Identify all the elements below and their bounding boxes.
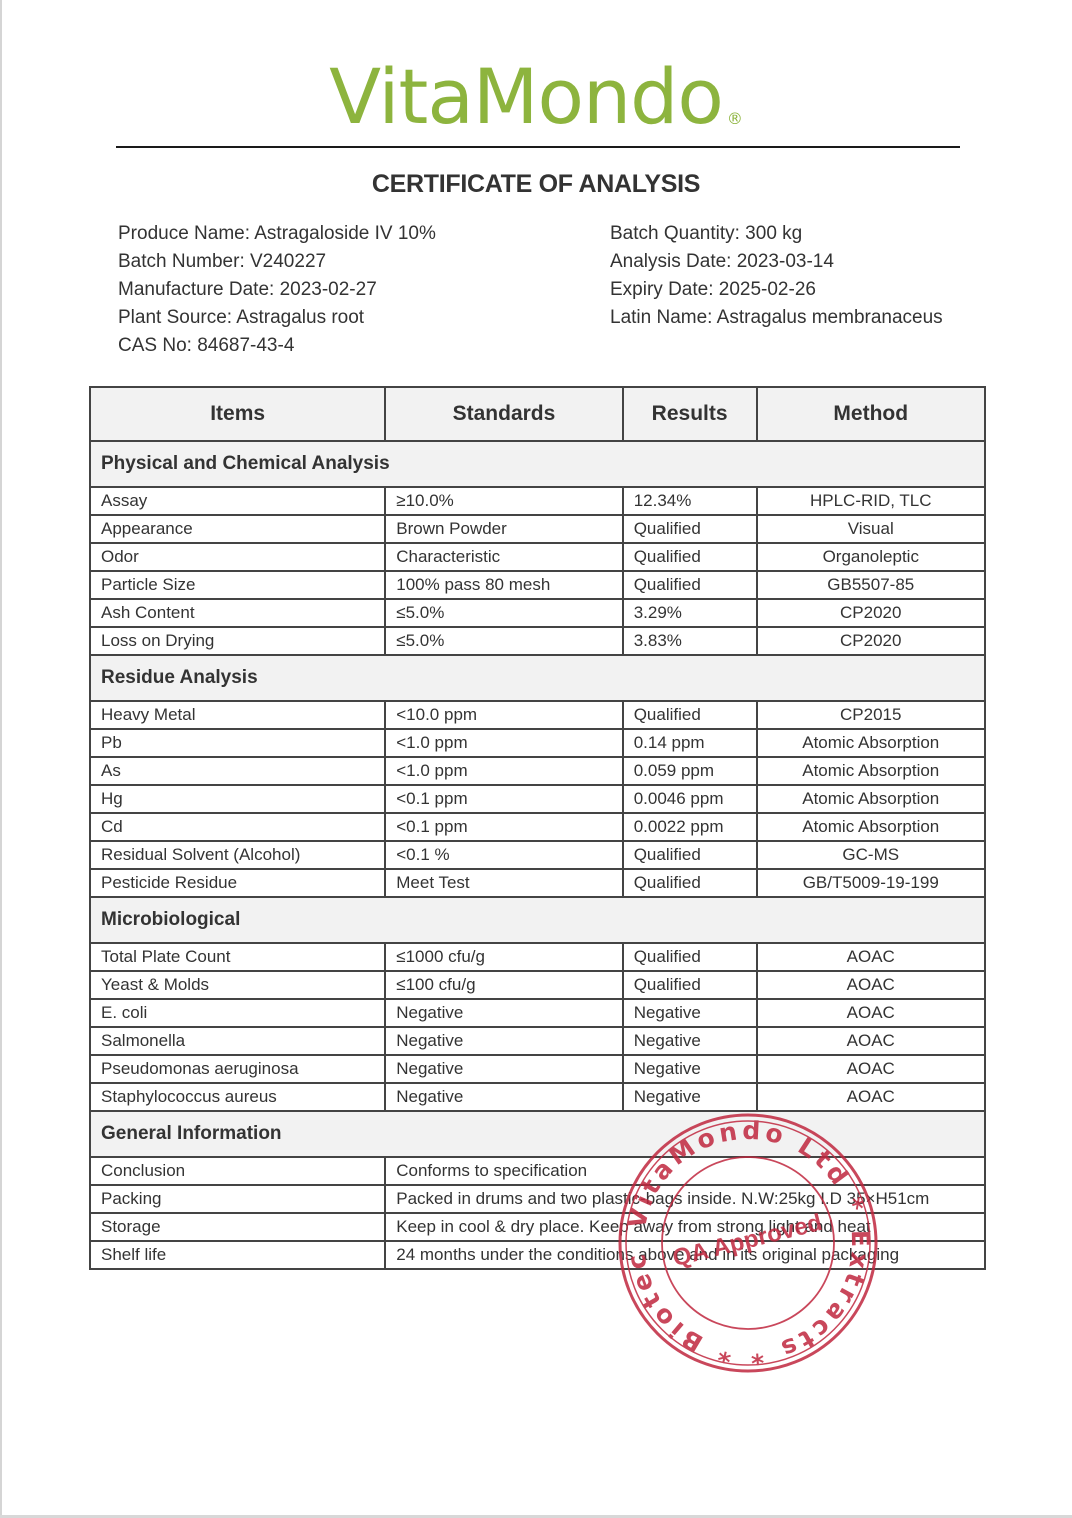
info-value-cell: Keep in cool & dry place. Keep away from… (385, 1213, 985, 1241)
item-cell: Ash Content (90, 599, 385, 627)
result-cell: 0.14 ppm (623, 729, 757, 757)
info-value-cell: 24 months under the conditions above and… (385, 1241, 985, 1269)
method-cell: GB5507-85 (757, 571, 985, 599)
table-row: Residual Solvent (Alcohol)<0.1 %Qualifie… (90, 841, 985, 869)
method-cell: AOAC (757, 1027, 985, 1055)
item-cell: Total Plate Count (90, 943, 385, 971)
item-cell: Staphylococcus aureus (90, 1083, 385, 1111)
table-row: StorageKeep in cool & dry place. Keep aw… (90, 1213, 985, 1241)
result-cell: 0.0022 ppm (623, 813, 757, 841)
result-cell: Negative (623, 1027, 757, 1055)
header-divider (116, 146, 960, 148)
item-cell: Loss on Drying (90, 627, 385, 655)
brand-name: VitaMondo (329, 52, 723, 141)
result-cell: 0.059 ppm (623, 757, 757, 785)
table-row: Yeast & Molds≤100 cfu/gQualifiedAOAC (90, 971, 985, 999)
section-title: Microbiological (90, 897, 985, 943)
item-cell: Salmonella (90, 1027, 385, 1055)
table-row: Cd<0.1 ppm0.0022 ppmAtomic Absorption (90, 813, 985, 841)
standard-cell: <0.1 % (385, 841, 622, 869)
table-row: Staphylococcus aureusNegativeNegativeAOA… (90, 1083, 985, 1111)
result-cell: Qualified (623, 841, 757, 869)
standard-cell: Characteristic (385, 543, 622, 571)
section-title: Physical and Chemical Analysis (90, 441, 985, 487)
table-row: Loss on Drying≤5.0%3.83%CP2020 (90, 627, 985, 655)
method-cell: Atomic Absorption (757, 813, 985, 841)
method-cell: CP2015 (757, 701, 985, 729)
table-row: Ash Content≤5.0%3.29%CP2020 (90, 599, 985, 627)
table-row: Total Plate Count≤1000 cfu/gQualifiedAOA… (90, 943, 985, 971)
column-header-standards: Standards (385, 387, 622, 441)
result-cell: 12.34% (623, 487, 757, 515)
item-cell: Pb (90, 729, 385, 757)
table-row: SalmonellaNegativeNegativeAOAC (90, 1027, 985, 1055)
standard-cell: Meet Test (385, 869, 622, 897)
table-row: PackingPacked in drums and two plastic-b… (90, 1185, 985, 1213)
table-row: Hg<0.1 ppm0.0046 ppmAtomic Absorption (90, 785, 985, 813)
item-cell: Heavy Metal (90, 701, 385, 729)
manufacture-date: Manufacture Date: 2023-02-27 (118, 276, 436, 304)
column-header-items: Items (90, 387, 385, 441)
table-row: Pb<1.0 ppm0.14 ppmAtomic Absorption (90, 729, 985, 757)
section-title: General Information (90, 1111, 985, 1157)
method-cell: HPLC-RID, TLC (757, 487, 985, 515)
item-cell: Cd (90, 813, 385, 841)
result-cell: Qualified (623, 515, 757, 543)
item-cell: As (90, 757, 385, 785)
column-header-results: Results (623, 387, 757, 441)
method-cell: Atomic Absorption (757, 785, 985, 813)
table-row: ConclusionConforms to specification (90, 1157, 985, 1185)
table-row: Pesticide ResidueMeet TestQualifiedGB/T5… (90, 869, 985, 897)
table-row: Pseudomonas aeruginosaNegativeNegativeAO… (90, 1055, 985, 1083)
result-cell: Negative (623, 999, 757, 1027)
standard-cell: ≤5.0% (385, 627, 622, 655)
item-cell: Pseudomonas aeruginosa (90, 1055, 385, 1083)
standard-cell: ≤5.0% (385, 599, 622, 627)
item-cell: Residual Solvent (Alcohol) (90, 841, 385, 869)
result-cell: Negative (623, 1055, 757, 1083)
table-body: Physical and Chemical AnalysisAssay≥10.0… (90, 441, 985, 1269)
standard-cell: <10.0 ppm (385, 701, 622, 729)
batch-quantity: Batch Quantity: 300 kg (610, 220, 943, 248)
product-info-right: Batch Quantity: 300 kg Analysis Date: 20… (610, 220, 943, 332)
standard-cell: Negative (385, 1055, 622, 1083)
method-cell: AOAC (757, 1083, 985, 1111)
info-label-cell: Packing (90, 1185, 385, 1213)
item-cell: Appearance (90, 515, 385, 543)
table-row: Heavy Metal<10.0 ppmQualifiedCP2015 (90, 701, 985, 729)
table-row: Assay≥10.0%12.34%HPLC-RID, TLC (90, 487, 985, 515)
product-info-left: Produce Name: Astragaloside IV 10% Batch… (118, 220, 436, 360)
result-cell: Qualified (623, 971, 757, 999)
standard-cell: <1.0 ppm (385, 757, 622, 785)
info-label-cell: Storage (90, 1213, 385, 1241)
method-cell: Atomic Absorption (757, 729, 985, 757)
item-cell: Pesticide Residue (90, 869, 385, 897)
result-cell: Qualified (623, 571, 757, 599)
item-cell: Hg (90, 785, 385, 813)
standard-cell: ≤100 cfu/g (385, 971, 622, 999)
page-edge (0, 0, 2, 1518)
table-row: As<1.0 ppm0.059 ppmAtomic Absorption (90, 757, 985, 785)
standard-cell: Negative (385, 1083, 622, 1111)
table-row: Particle Size100% pass 80 meshQualifiedG… (90, 571, 985, 599)
item-cell: Yeast & Molds (90, 971, 385, 999)
table-row: Shelf life24 months under the conditions… (90, 1241, 985, 1269)
method-cell: CP2020 (757, 599, 985, 627)
result-cell: Qualified (623, 943, 757, 971)
product-name: Produce Name: Astragaloside IV 10% (118, 220, 436, 248)
table-row: AppearanceBrown PowderQualifiedVisual (90, 515, 985, 543)
result-cell: Qualified (623, 869, 757, 897)
result-cell: 0.0046 ppm (623, 785, 757, 813)
standard-cell: <0.1 ppm (385, 785, 622, 813)
plant-source: Plant Source: Astragalus root (118, 304, 436, 332)
standard-cell: Negative (385, 999, 622, 1027)
cas-number: CAS No: 84687-43-4 (118, 332, 436, 360)
info-value-cell: Packed in drums and two plastic-bags ins… (385, 1185, 985, 1213)
item-cell: E. coli (90, 999, 385, 1027)
method-cell: Atomic Absorption (757, 757, 985, 785)
method-cell: Organoleptic (757, 543, 985, 571)
table-header-row: Items Standards Results Method (90, 387, 985, 441)
section-header-row: Physical and Chemical Analysis (90, 441, 985, 487)
column-header-method: Method (757, 387, 985, 441)
table-row: E. coliNegativeNegativeAOAC (90, 999, 985, 1027)
method-cell: AOAC (757, 999, 985, 1027)
result-cell: Negative (623, 1083, 757, 1111)
standard-cell: ≥10.0% (385, 487, 622, 515)
item-cell: Assay (90, 487, 385, 515)
document-title: CERTIFICATE OF ANALYSIS (0, 170, 1072, 199)
analysis-date: Analysis Date: 2023-03-14 (610, 248, 943, 276)
analysis-table: Items Standards Results Method Physical … (89, 386, 986, 1270)
standard-cell: <1.0 ppm (385, 729, 622, 757)
standard-cell: 100% pass 80 mesh (385, 571, 622, 599)
item-cell: Particle Size (90, 571, 385, 599)
info-label-cell: Conclusion (90, 1157, 385, 1185)
section-header-row: Microbiological (90, 897, 985, 943)
standard-cell: <0.1 ppm (385, 813, 622, 841)
method-cell: GC-MS (757, 841, 985, 869)
standard-cell: Negative (385, 1027, 622, 1055)
registered-mark-icon: ® (727, 109, 743, 128)
section-header-row: General Information (90, 1111, 985, 1157)
method-cell: GB/T5009-19-199 (757, 869, 985, 897)
method-cell: Visual (757, 515, 985, 543)
brand-logo: VitaMondo® (0, 52, 1072, 142)
result-cell: 3.29% (623, 599, 757, 627)
result-cell: 3.83% (623, 627, 757, 655)
method-cell: AOAC (757, 971, 985, 999)
item-cell: Odor (90, 543, 385, 571)
section-header-row: Residue Analysis (90, 655, 985, 701)
method-cell: AOAC (757, 943, 985, 971)
result-cell: Qualified (623, 701, 757, 729)
info-label-cell: Shelf life (90, 1241, 385, 1269)
section-title: Residue Analysis (90, 655, 985, 701)
method-cell: AOAC (757, 1055, 985, 1083)
expiry-date: Expiry Date: 2025-02-26 (610, 276, 943, 304)
table-row: OdorCharacteristicQualifiedOrganoleptic (90, 543, 985, 571)
latin-name: Latin Name: Astragalus membranaceus (610, 304, 943, 332)
batch-number: Batch Number: V240227 (118, 248, 436, 276)
standard-cell: ≤1000 cfu/g (385, 943, 622, 971)
result-cell: Qualified (623, 543, 757, 571)
standard-cell: Brown Powder (385, 515, 622, 543)
method-cell: CP2020 (757, 627, 985, 655)
info-value-cell: Conforms to specification (385, 1157, 985, 1185)
